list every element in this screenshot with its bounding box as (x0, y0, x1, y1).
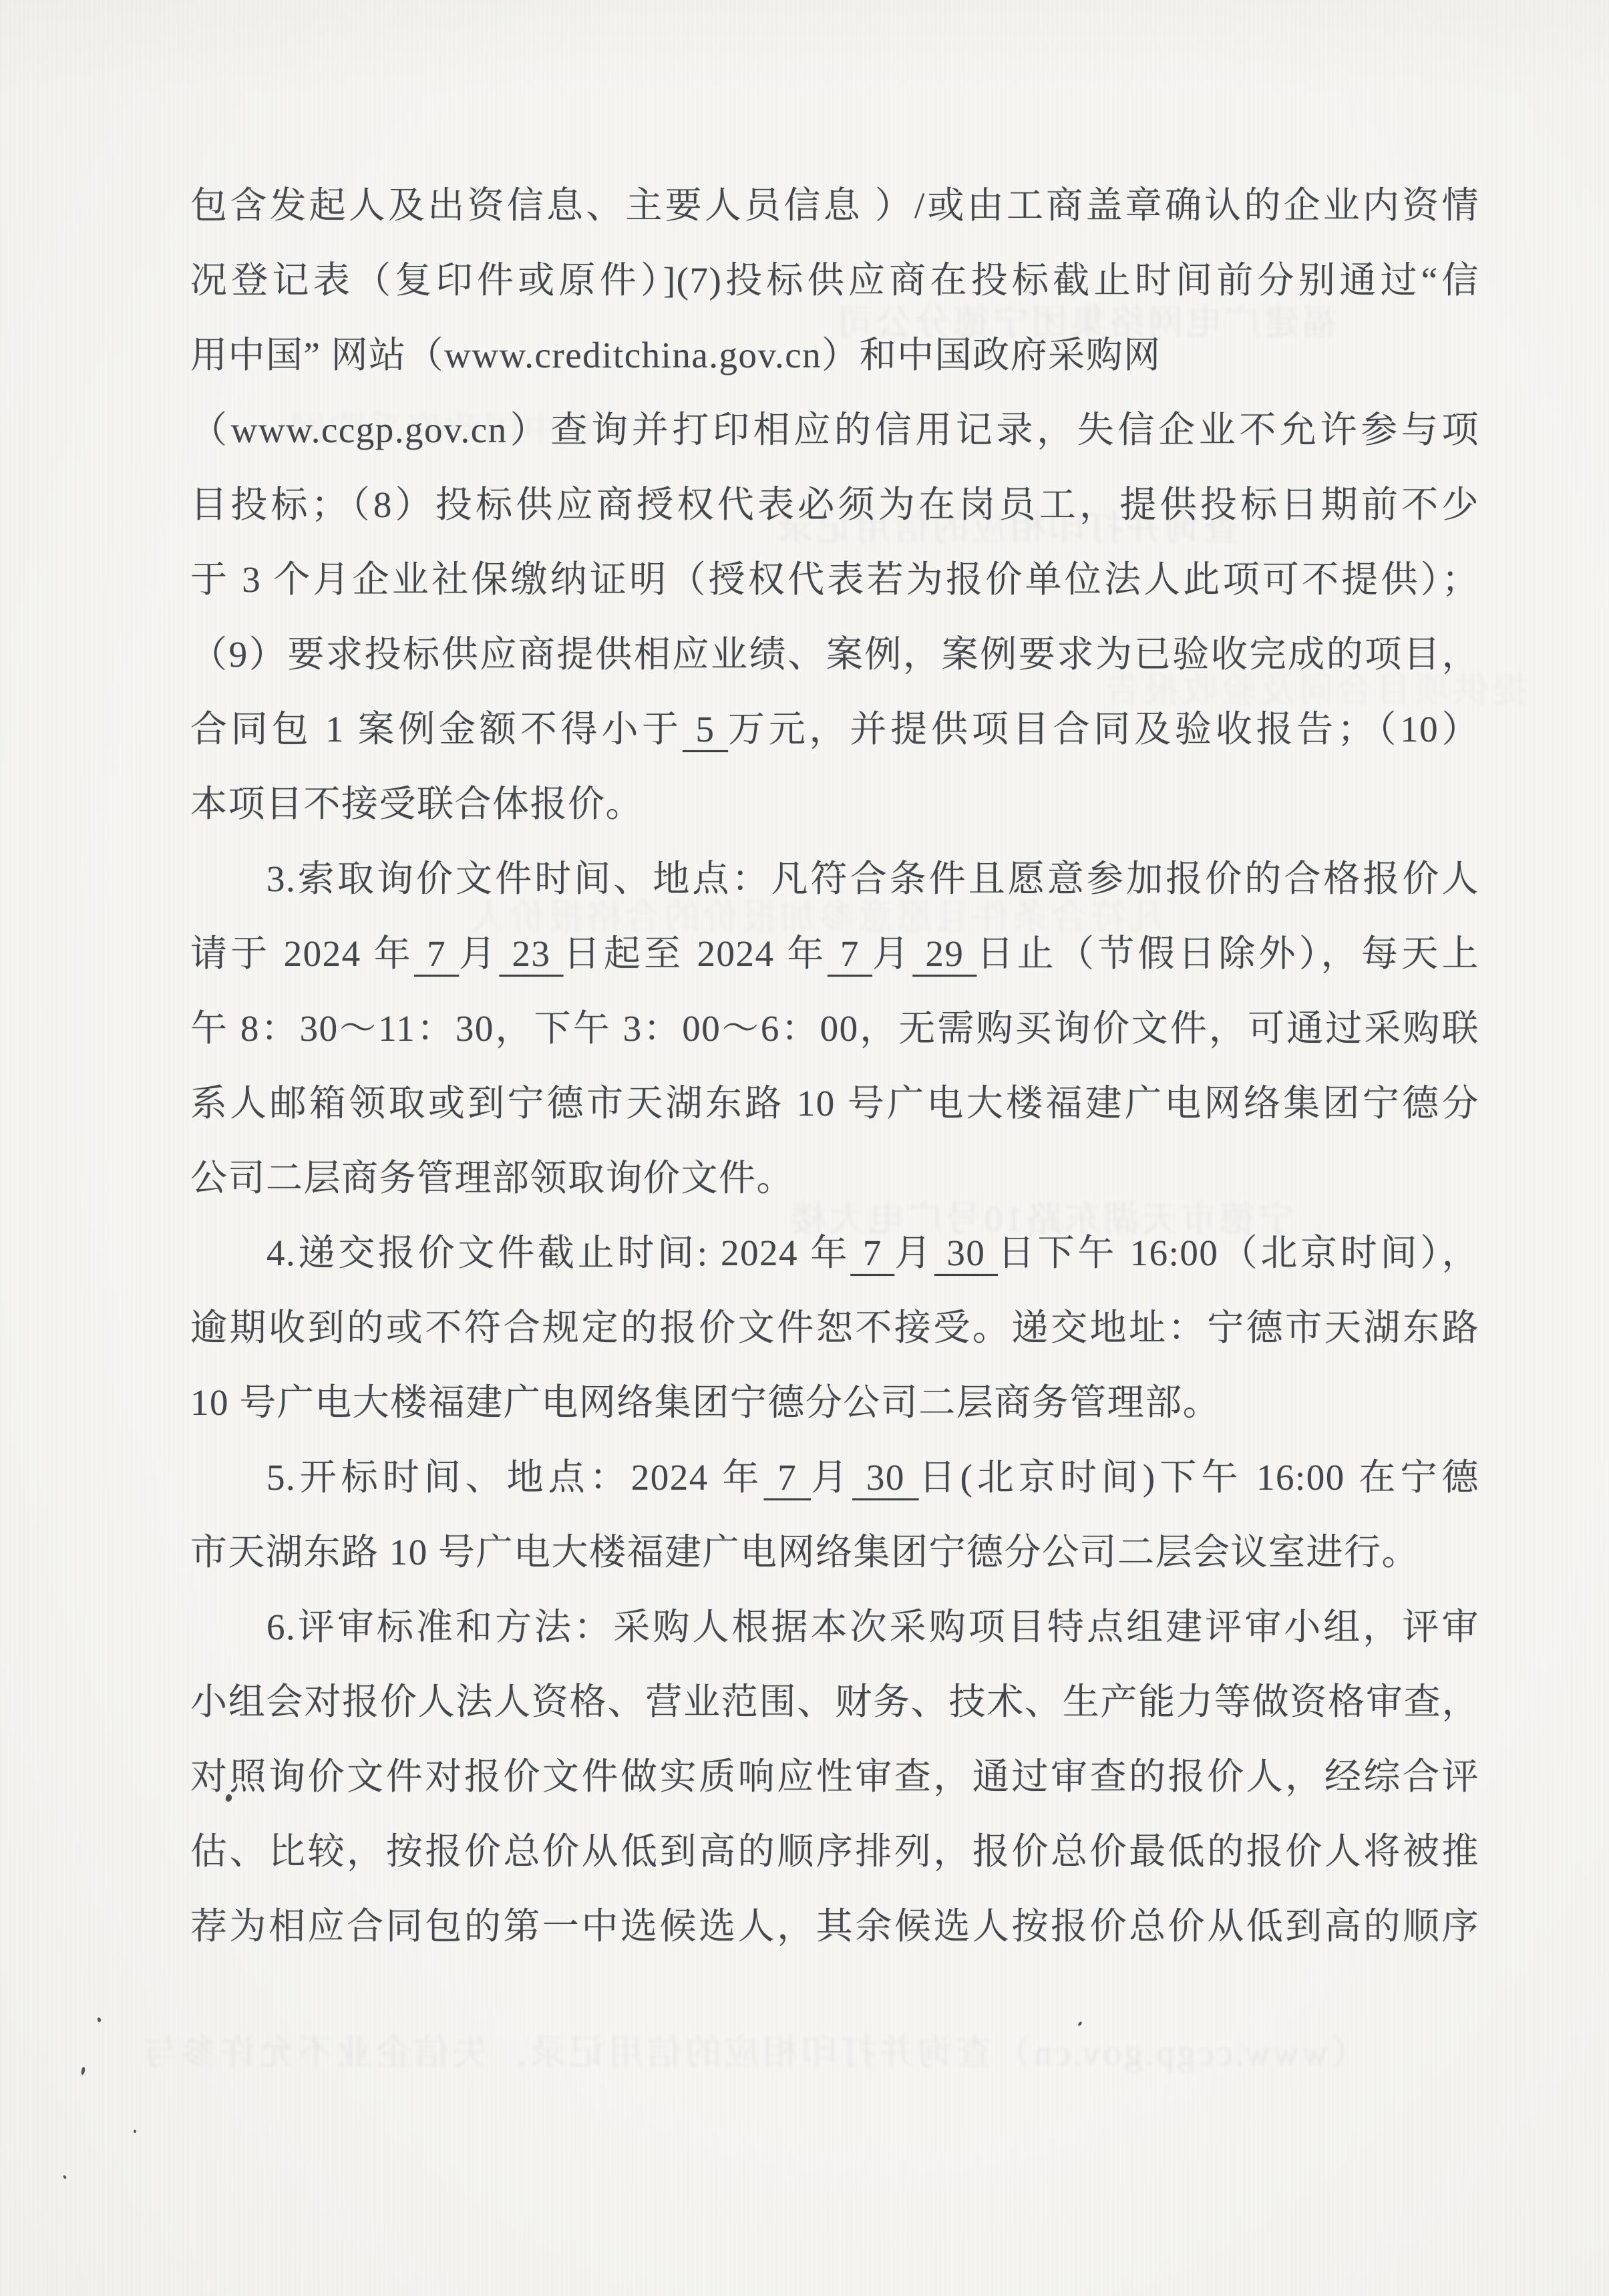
text-segment: 午 8：30～11：30，下午 3：00～6：00，无需购买询价文件，可通过采购… (190, 1008, 1479, 1049)
text-segment: 系人邮箱领取或到宁德市天湖东路 10 号广电大楼福建广电网络集团宁德分 (190, 1083, 1479, 1124)
text-segment: 万元，并提供项目合同及验收报告；（10） (728, 709, 1479, 750)
text-line: 对照询价文件对报价文件做实质响应性审查，通过审查的报价人，经综合评 (190, 1740, 1479, 1814)
scan-speck (134, 2130, 136, 2133)
text-segment: 于 3 个月企业社保缴纳证明（授权代表若为报价单位法人此项可不提供）； (190, 559, 1479, 600)
text-line: 合同包 1 案例金额不得小于 5 万元，并提供项目合同及验收报告；（10） (190, 692, 1479, 767)
scan-speck (63, 2174, 67, 2179)
text-line: 逾期收到的或不符合规定的报价文件恕不接受。递交地址：宁德市天湖东路 (190, 1291, 1479, 1365)
underlined-value: 5 (683, 709, 728, 750)
text-line: 况登记表（复印件或原件）](7)投标供应商在投标截止时间前分别通过“信 (190, 243, 1479, 318)
underlined-value: 7 (850, 1233, 894, 1273)
text-segment: 市天湖东路 10 号广电大楼福建广电网络集团宁德分公司二层会议室进行。 (190, 1532, 1419, 1573)
scan-speck (81, 2067, 85, 2076)
text-segment: （9）要求投标供应商提供相应业绩、案例，案例要求为已验收完成的项目， (190, 634, 1479, 675)
document-text: 包含发起人及出资信息、主要人员信息 ）/或由工商盖章确认的企业内资情况登记表（复… (190, 168, 1479, 1964)
text-segment: 月 (811, 1457, 852, 1498)
text-line: 小组会对报价人法人资格、营业范围、财务、技术、生产能力等做资格审查， (190, 1665, 1479, 1740)
text-segment: 本项目不接受联合体报价。 (190, 784, 643, 824)
text-line: 包含发起人及出资信息、主要人员信息 ）/或由工商盖章确认的企业内资情 (190, 168, 1479, 243)
text-segment: 包含发起人及出资信息、主要人员信息 ）/或由工商盖章确认的企业内资情 (190, 185, 1479, 226)
text-segment: 6.评审标准和方法：采购人根据本次采购项目特点组建评审小组，评审 (266, 1607, 1479, 1647)
text-segment: 公司二层商务管理部领取询价文件。 (190, 1158, 794, 1198)
text-segment: 小组会对报价人法人资格、营业范围、财务、技术、生产能力等做资格审查， (190, 1681, 1479, 1722)
text-line: 目投标；（8）投标供应商授权代表必须为在岗员工，提供投标日期前不少 (190, 468, 1479, 542)
text-segment: 逾期收到的或不符合规定的报价文件恕不接受。递交地址：宁德市天湖东路 (190, 1307, 1479, 1348)
underlined-value: 29 (912, 933, 976, 974)
text-segment: 对照询价文件对报价文件做实质响应性审查，通过审查的报价人，经综合评 (190, 1756, 1479, 1797)
text-line: 4.递交报价文件截止时间: 2024 年 7 月 30 日下午 16:00（北京… (190, 1216, 1479, 1291)
text-line: （www.ccgp.gov.cn）查询并打印相应的信用记录，失信企业不允许参与项 (190, 393, 1479, 468)
text-segment: 日(北京时间)下午 16:00 在宁德 (919, 1457, 1479, 1498)
text-line: 于 3 个月企业社保缴纳证明（授权代表若为报价单位法人此项可不提供）； (190, 542, 1479, 617)
bleedthrough-text: （www.ccgp.gov.cn）查询并打印相应的信用记录，失信企业不允许参与 (140, 2024, 1367, 2076)
text-line: 10 号广电大楼福建广电网络集团宁德分公司二层商务管理部。 (190, 1365, 1479, 1440)
underlined-value: 7 (764, 1457, 812, 1498)
text-segment: 用中国” 网站（www.creditchina.gov.cn）和中国政府采购网 (190, 335, 1161, 375)
underlined-value: 7 (414, 933, 459, 974)
text-segment: 荐为相应合同包的第一中选候选人，其余候选人按报价总价从低到高的顺序 (190, 1906, 1479, 1947)
text-segment: 月 (459, 933, 499, 974)
text-line: 5.开标时间、地点：2024 年 7 月 30 日(北京时间)下午 16:00 … (190, 1440, 1479, 1515)
text-segment: 日下午 16:00（北京时间）， (998, 1233, 1479, 1273)
text-segment: 日止（节假日除外），每天上 (976, 933, 1479, 974)
text-segment: 5.开标时间、地点：2024 年 (266, 1457, 764, 1498)
text-line: 6.评审标准和方法：采购人根据本次采购项目特点组建评审小组，评审 (190, 1590, 1479, 1665)
text-line: 用中国” 网站（www.creditchina.gov.cn）和中国政府采购网 (190, 318, 1479, 393)
text-line: 系人邮箱领取或到宁德市天湖东路 10 号广电大楼福建广电网络集团宁德分 (190, 1066, 1479, 1141)
text-line: 市天湖东路 10 号广电大楼福建广电网络集团宁德分公司二层会议室进行。 (190, 1515, 1479, 1590)
text-segment: 估、比较，按报价总价从低到高的顺序排列，报价总价最低的报价人将被推 (190, 1831, 1479, 1872)
text-segment: （www.ccgp.gov.cn）查询并打印相应的信用记录，失信企业不允许参与项 (190, 409, 1479, 450)
text-segment: 况登记表（复印件或原件）](7)投标供应商在投标截止时间前分别通过“信 (190, 260, 1479, 301)
text-line: 午 8：30～11：30，下午 3：00～6：00，无需购买询价文件，可通过采购… (190, 991, 1479, 1066)
underlined-value: 23 (499, 933, 563, 974)
text-line: （9）要求投标供应商提供相应业绩、案例，案例要求为已验收完成的项目， (190, 617, 1479, 692)
underlined-value: 30 (934, 1233, 998, 1273)
text-segment: 月 (872, 933, 912, 974)
text-segment: 10 号广电大楼福建广电网络集团宁德分公司二层商务管理部。 (190, 1382, 1220, 1423)
text-segment: 4.递交报价文件截止时间: 2024 年 (266, 1233, 850, 1273)
scan-speck (1077, 2021, 1083, 2027)
text-line: 请于 2024 年 7 月 23 日起至 2024 年 7 月 29 日止（节假… (190, 917, 1479, 991)
text-segment: 月 (894, 1233, 934, 1273)
text-line: 3.索取询价文件时间、地点：凡符合条件且愿意参加报价的合格报价人 (190, 842, 1479, 917)
text-segment: 合同包 1 案例金额不得小于 (190, 709, 683, 750)
text-segment: 目投标；（8）投标供应商授权代表必须为在岗员工，提供投标日期前不少 (190, 484, 1479, 525)
text-line: 荐为相应合同包的第一中选候选人，其余候选人按报价总价从低到高的顺序 (190, 1889, 1479, 1964)
scan-speck (97, 2017, 102, 2022)
underlined-value: 30 (852, 1457, 919, 1498)
text-line: 公司二层商务管理部领取询价文件。 (190, 1141, 1479, 1216)
text-line: 本项目不接受联合体报价。 (190, 767, 1479, 842)
text-segment: 3.索取询价文件时间、地点：凡符合条件且愿意参加报价的合格报价人 (266, 858, 1479, 899)
text-segment: 日起至 2024 年 (564, 933, 828, 974)
underlined-value: 7 (828, 933, 872, 974)
text-line: 估、比较，按报价总价从低到高的顺序排列，报价总价最低的报价人将被推 (190, 1814, 1479, 1889)
text-segment: 请于 2024 年 (190, 933, 414, 974)
